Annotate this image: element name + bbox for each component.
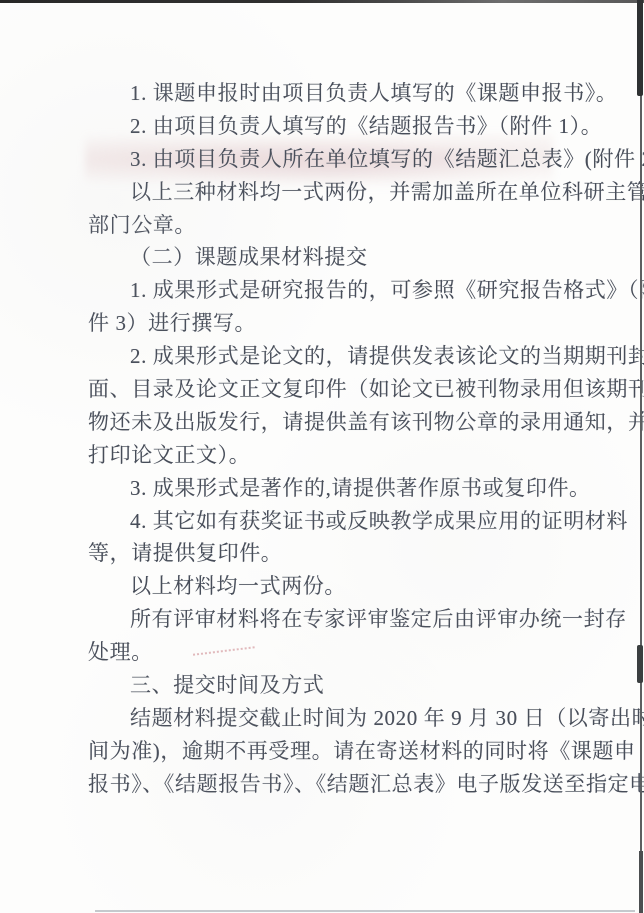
text-line: （二）课题成果材料提交 <box>88 241 580 274</box>
text-line: 所有评审材料将在专家评审鉴定后由评审办统一封存 <box>88 603 580 636</box>
text-line: 物还未及出版发行，请提供盖有该刊物公章的录用通知，并 <box>88 406 580 439</box>
text-line: 间为准)，逾期不再受理。请在寄送材料的同时将《课题申 <box>88 735 580 768</box>
scan-edge-right-mid-blob <box>637 645 643 683</box>
text-line: 2. 由项目负责人填写的《结题报告书》（附件 1）。 <box>88 110 580 143</box>
text-line: 以上材料均一式两份。 <box>88 570 580 603</box>
text-line: 结题材料提交截止时间为 2020 年 9 月 30 日（以寄出时 <box>88 702 580 735</box>
scan-edge-right-top-blob <box>637 0 643 96</box>
text-line: 以上三种材料均一式两份，并需加盖所在单位科研主管 <box>88 176 580 209</box>
text-line: 面、目录及论文正文复印件（如论文已被刊物录用但该期刊 <box>88 373 580 406</box>
text-line: 部门公章。 <box>88 209 580 242</box>
scan-edge-right <box>640 0 642 913</box>
text-line: 件 3）进行撰写。 <box>88 307 580 340</box>
text-line: 1. 课题申报时由项目负责人填写的《课题申报书》。 <box>88 77 580 110</box>
text-line: 2. 成果形式是论文的，请提供发表该论文的当期期刊封 <box>88 340 580 373</box>
text-line: 等，请提供复印件。 <box>88 537 580 570</box>
scan-edge-top <box>0 0 644 3</box>
text-line: 打印论文正文）。 <box>88 439 580 472</box>
text-line: 1. 成果形式是研究报告的，可参照《研究报告格式》（附 <box>88 274 580 307</box>
text-line: 3. 成果形式是著作的,请提供著作原书或复印件。 <box>88 472 580 505</box>
text-line: 报书》、《结题报告书》、《结题汇总表》电子版发送至指定电 <box>88 768 580 801</box>
scanned-document-page: 1. 课题申报时由项目负责人填写的《课题申报书》。2. 由项目负责人填写的《结题… <box>0 0 644 913</box>
text-line: 处理。 <box>88 636 580 669</box>
scan-edge-bottom <box>95 910 635 912</box>
document-body: 1. 课题申报时由项目负责人填写的《课题申报书》。2. 由项目负责人填写的《结题… <box>88 77 580 801</box>
text-line: 4. 其它如有获奖证书或反映教学成果应用的证明材料 <box>88 505 580 538</box>
text-line: 3. 由项目负责人所在单位填写的《结题汇总表》(附件 2)。 <box>88 143 580 176</box>
text-line: 三、提交时间及方式 <box>88 669 580 702</box>
scan-edge-right-bottom-blob <box>639 851 643 913</box>
